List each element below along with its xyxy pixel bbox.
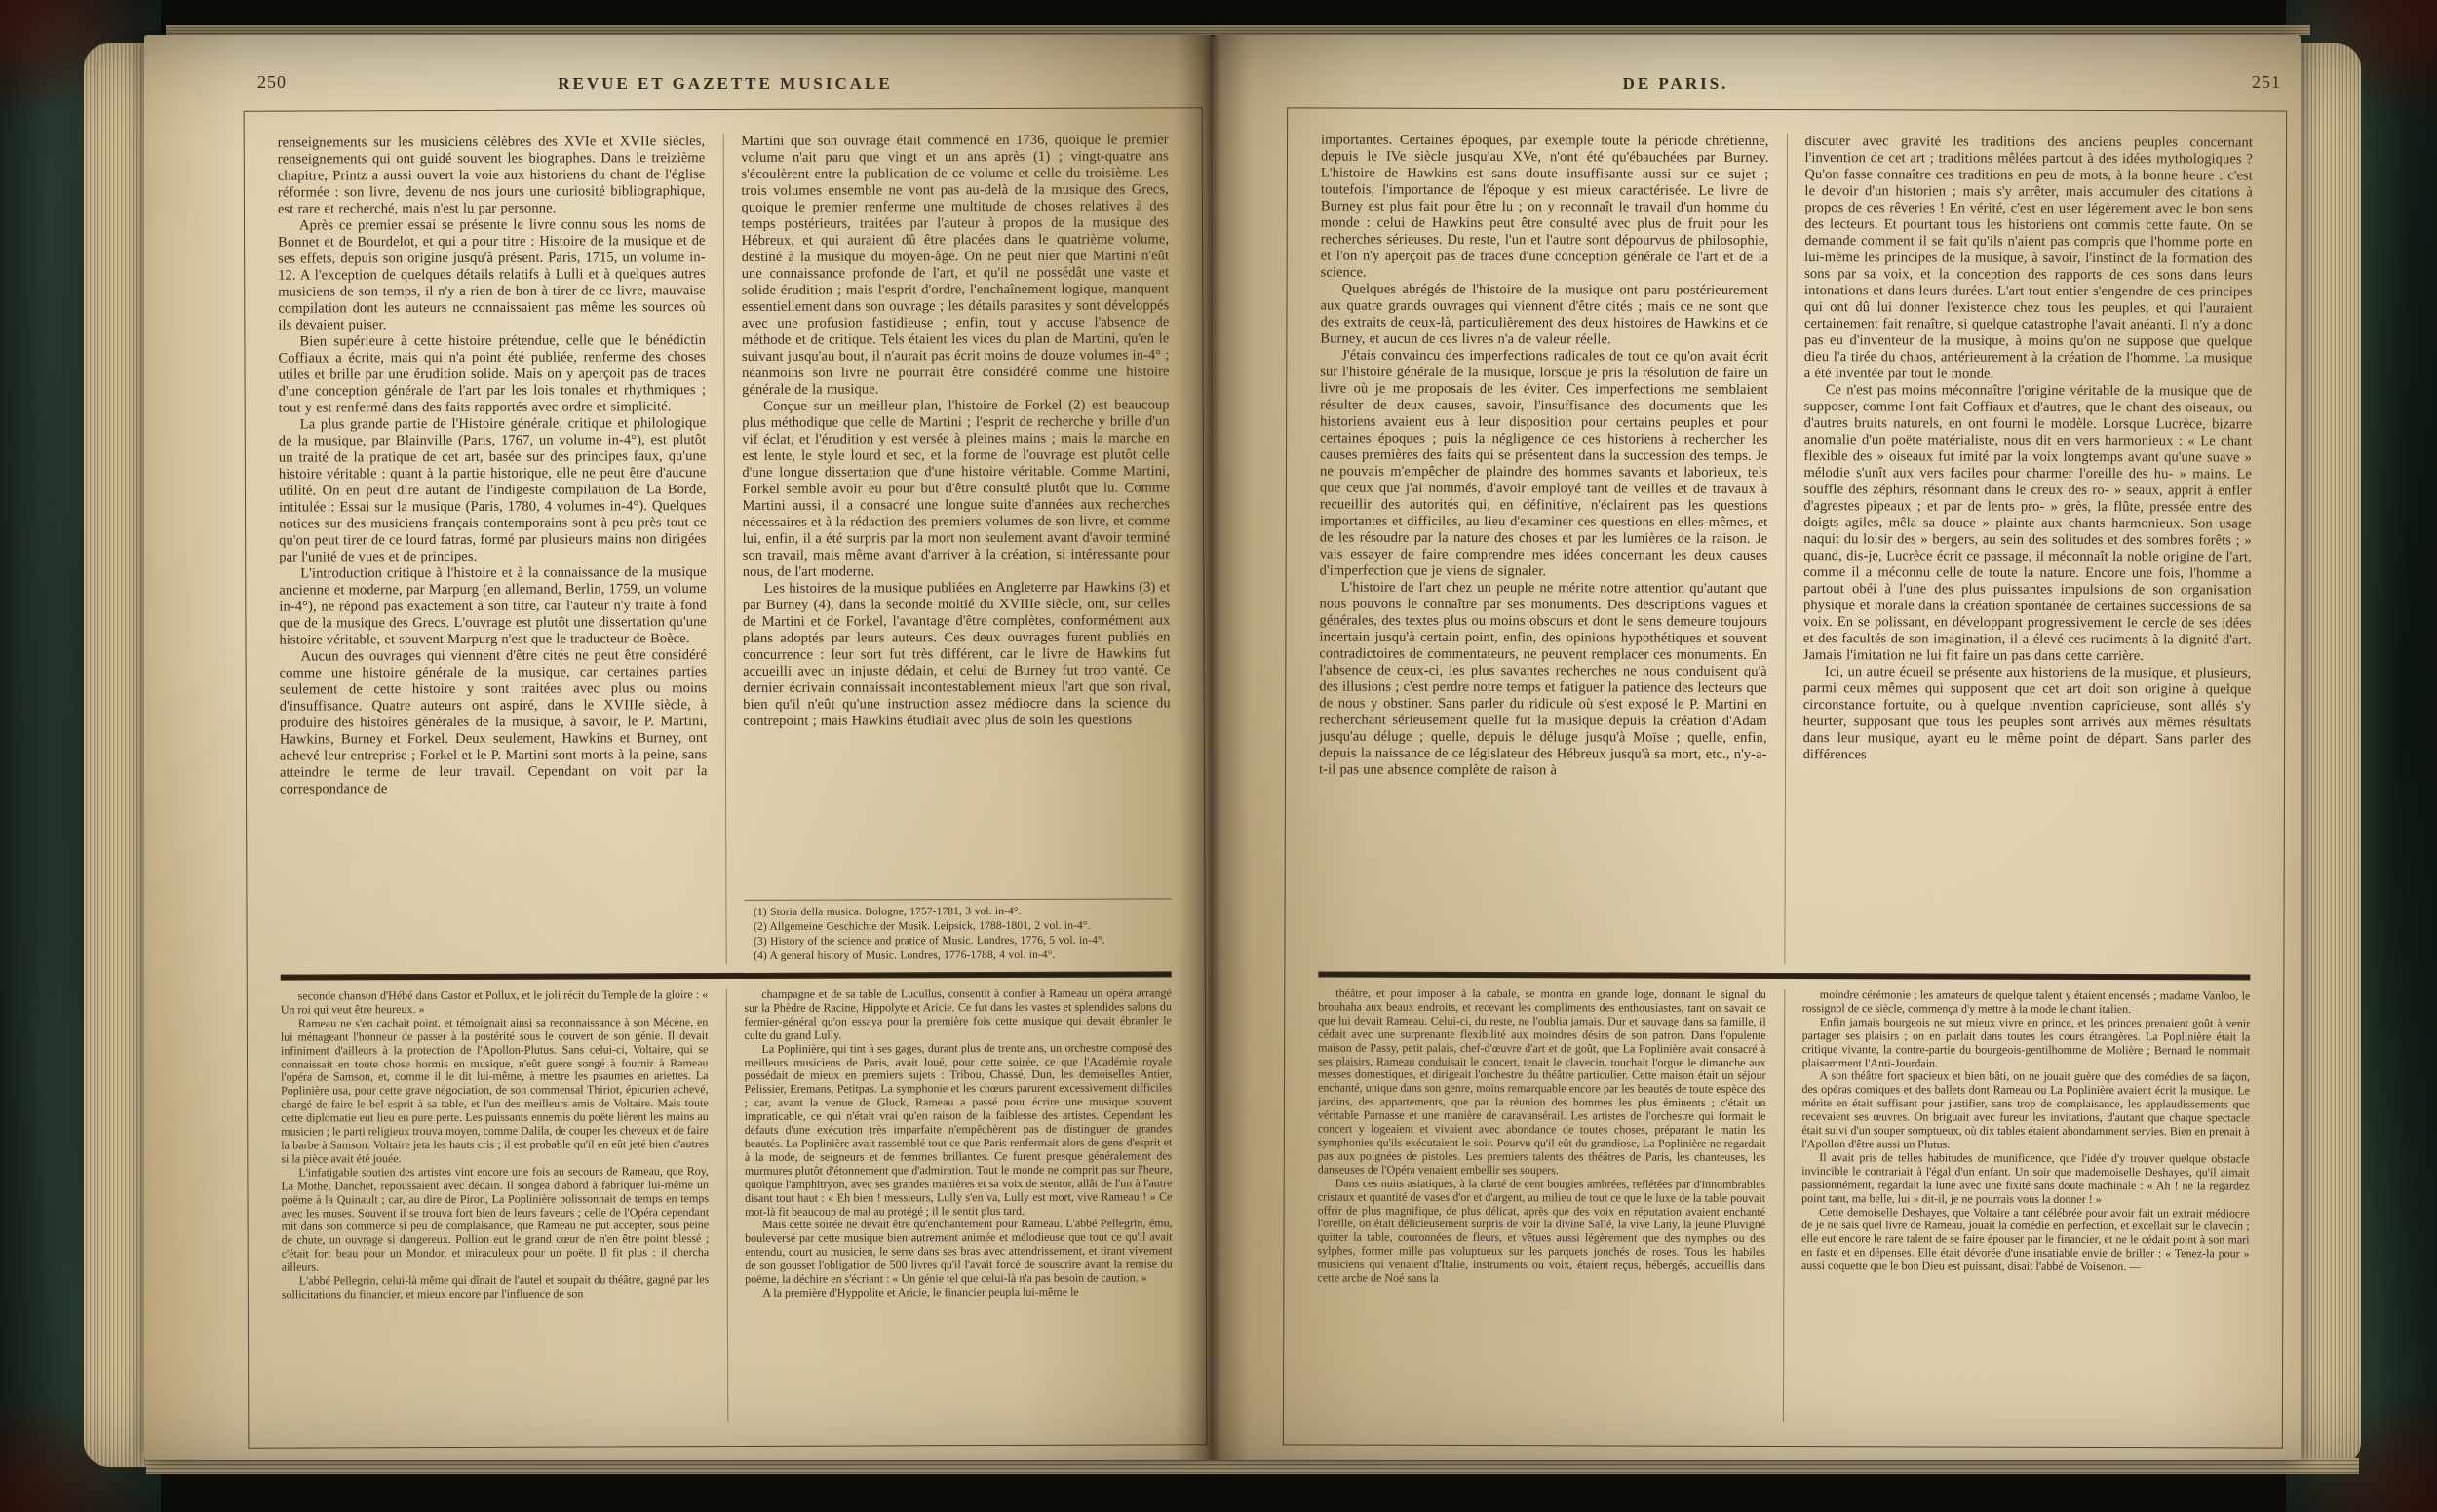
paragraph: Rameau ne s'en cachait point, et témoign… [281,1016,709,1166]
paragraph: Cette demoiselle Deshayes, que Voltaire … [1801,1206,2250,1275]
column-divider [1784,134,1788,964]
running-head-left: 250 REVUE ET GAZETTE MUSICALE [246,74,1205,101]
page-frame-left: renseignements sur les musiciens célèbre… [244,107,1208,1448]
footnote: (1) Storia della musica. Bologne, 1757-1… [744,904,1172,919]
paragraph: seconde chanson d'Hébé dans Castor et Po… [281,989,709,1017]
paragraph: importantes. Certaines époques, par exem… [1321,133,1769,283]
paragraph: Conçue sur un meilleur plan, l'histoire … [742,397,1170,581]
paragraph: Après ce premier essai se présente le li… [278,216,706,334]
page-left: 250 REVUE ET GAZETTE MUSICALE renseignem… [144,35,1213,1460]
feuilleton-column-2-right: moindre cérémonie ; les amateurs de quel… [1800,989,2250,1423]
running-head-right: DE PARIS. 251 [1285,74,2285,101]
running-title-left: REVUE ET GAZETTE MUSICALE [246,74,1205,94]
page-number-right: 251 [2252,72,2281,93]
feuilleton-column-1-left: seconde chanson d'Hébé dans Castor et Po… [281,989,710,1424]
footnote: (2) Allgemeine Geschichte der Musik. Lei… [744,918,1172,934]
paragraph: Dans ces nuits asiatiques, à la clarté d… [1317,1177,1765,1287]
page-edges-bottom [146,1458,2359,1474]
paragraph: Enfin jamais bourgeois ne sut mieux vivr… [1802,1016,2251,1071]
main-section-right: importantes. Certaines époques, par exem… [1318,133,2253,966]
paragraph: L'infatigable soutien des artistes vint … [281,1165,709,1275]
paragraph: Il avait pris de telles habitudes de mun… [1801,1151,2250,1207]
main-column-1-left: renseignements sur les musiciens célèbre… [278,134,708,966]
section-divider [281,971,1172,980]
column-body: Martini que son ouvrage était commencé e… [741,132,1171,730]
paragraph: Ici, un autre écueil se présente aux his… [1803,664,2252,764]
paragraph: champagne et de sa table de Lucullus, co… [744,987,1172,1042]
paragraph: renseignements sur les musiciens célèbre… [278,134,706,218]
book-spread: 250 REVUE ET GAZETTE MUSICALE renseignem… [0,0,2437,1512]
column-divider [725,989,728,1422]
paragraph: théâtre, et pour imposer à la cabale, se… [1318,987,1766,1178]
page-edges-left [84,43,146,1467]
paragraph: Ce n'est pas moins méconnaître l'origine… [1803,382,2252,665]
paragraph: L'abbé Pellegrin, celui-là même qui dîna… [282,1273,710,1301]
page-edges-top [166,25,2310,35]
paragraph: moindre cérémonie ; les amateurs de quel… [1802,989,2251,1017]
page-edges-right [2299,43,2361,1467]
running-title-right: DE PARIS. [1176,74,2176,94]
column-divider [722,134,726,964]
paragraph: A son théâtre fort spacieux et bien bâti… [1801,1069,2250,1152]
main-column-2-right: discuter avec gravité les traditions des… [1802,134,2253,965]
paragraph: La plus grande partie de l'Histoire géné… [279,415,707,566]
main-section-left: renseignements sur les musiciens célèbre… [278,132,1172,965]
footnotes: (1) Storia della musica. Bologne, 1757-1… [744,898,1172,964]
feuilleton-column-1-right: théâtre, et pour imposer à la cabale, se… [1317,987,1766,1421]
main-column-2-left: Martini que son ouvrage était commencé e… [741,132,1171,964]
paragraph: Martini que son ouvrage était commencé e… [741,132,1169,399]
paragraph: Mais cette soirée ne devait être qu'ench… [745,1218,1173,1287]
footnote: (3) History of the science and pratice o… [744,933,1172,949]
page-frame-right: importantes. Certaines époques, par exem… [1283,107,2287,1448]
paragraph: Quelques abrégés de l'histoire de la mus… [1320,282,1768,349]
column-divider [1782,989,1784,1422]
feuilleton-section-right: théâtre, et pour imposer à la cabale, se… [1317,987,2250,1423]
feuilleton-section-left: seconde chanson d'Hébé dans Castor et Po… [281,987,1174,1423]
paragraph: Bien supérieure à cette histoire prétend… [278,332,706,417]
paragraph: Aucun des ouvrages qui viennent d'être c… [280,647,708,798]
paragraph: discuter avec gravité les traditions des… [1804,134,2253,383]
page-right: DE PARIS. 251 importantes. Certaines épo… [1213,35,2301,1460]
page-number-left: 250 [257,72,287,93]
feuilleton-column-2-left: champagne et de sa table de Lucullus, co… [744,987,1173,1422]
main-column-1-right: importantes. Certaines époques, par exem… [1318,133,1768,964]
paragraph: J'étais convaincu des imperfections radi… [1320,348,1768,581]
section-divider [1318,971,2250,980]
paragraph: A la première d'Hyppolite et Aricie, le … [745,1285,1173,1299]
paragraph: Les histoires de la musique publiées en … [743,579,1171,730]
footnote: (4) A general history of Music. Londres,… [744,948,1172,963]
paragraph: La Poplinière, qui tint à ses gages, dur… [744,1041,1172,1219]
paragraph: L'histoire de l'art chez un peuple ne mé… [1319,579,1767,779]
paragraph: L'introduction critique à l'histoire et … [279,564,707,649]
